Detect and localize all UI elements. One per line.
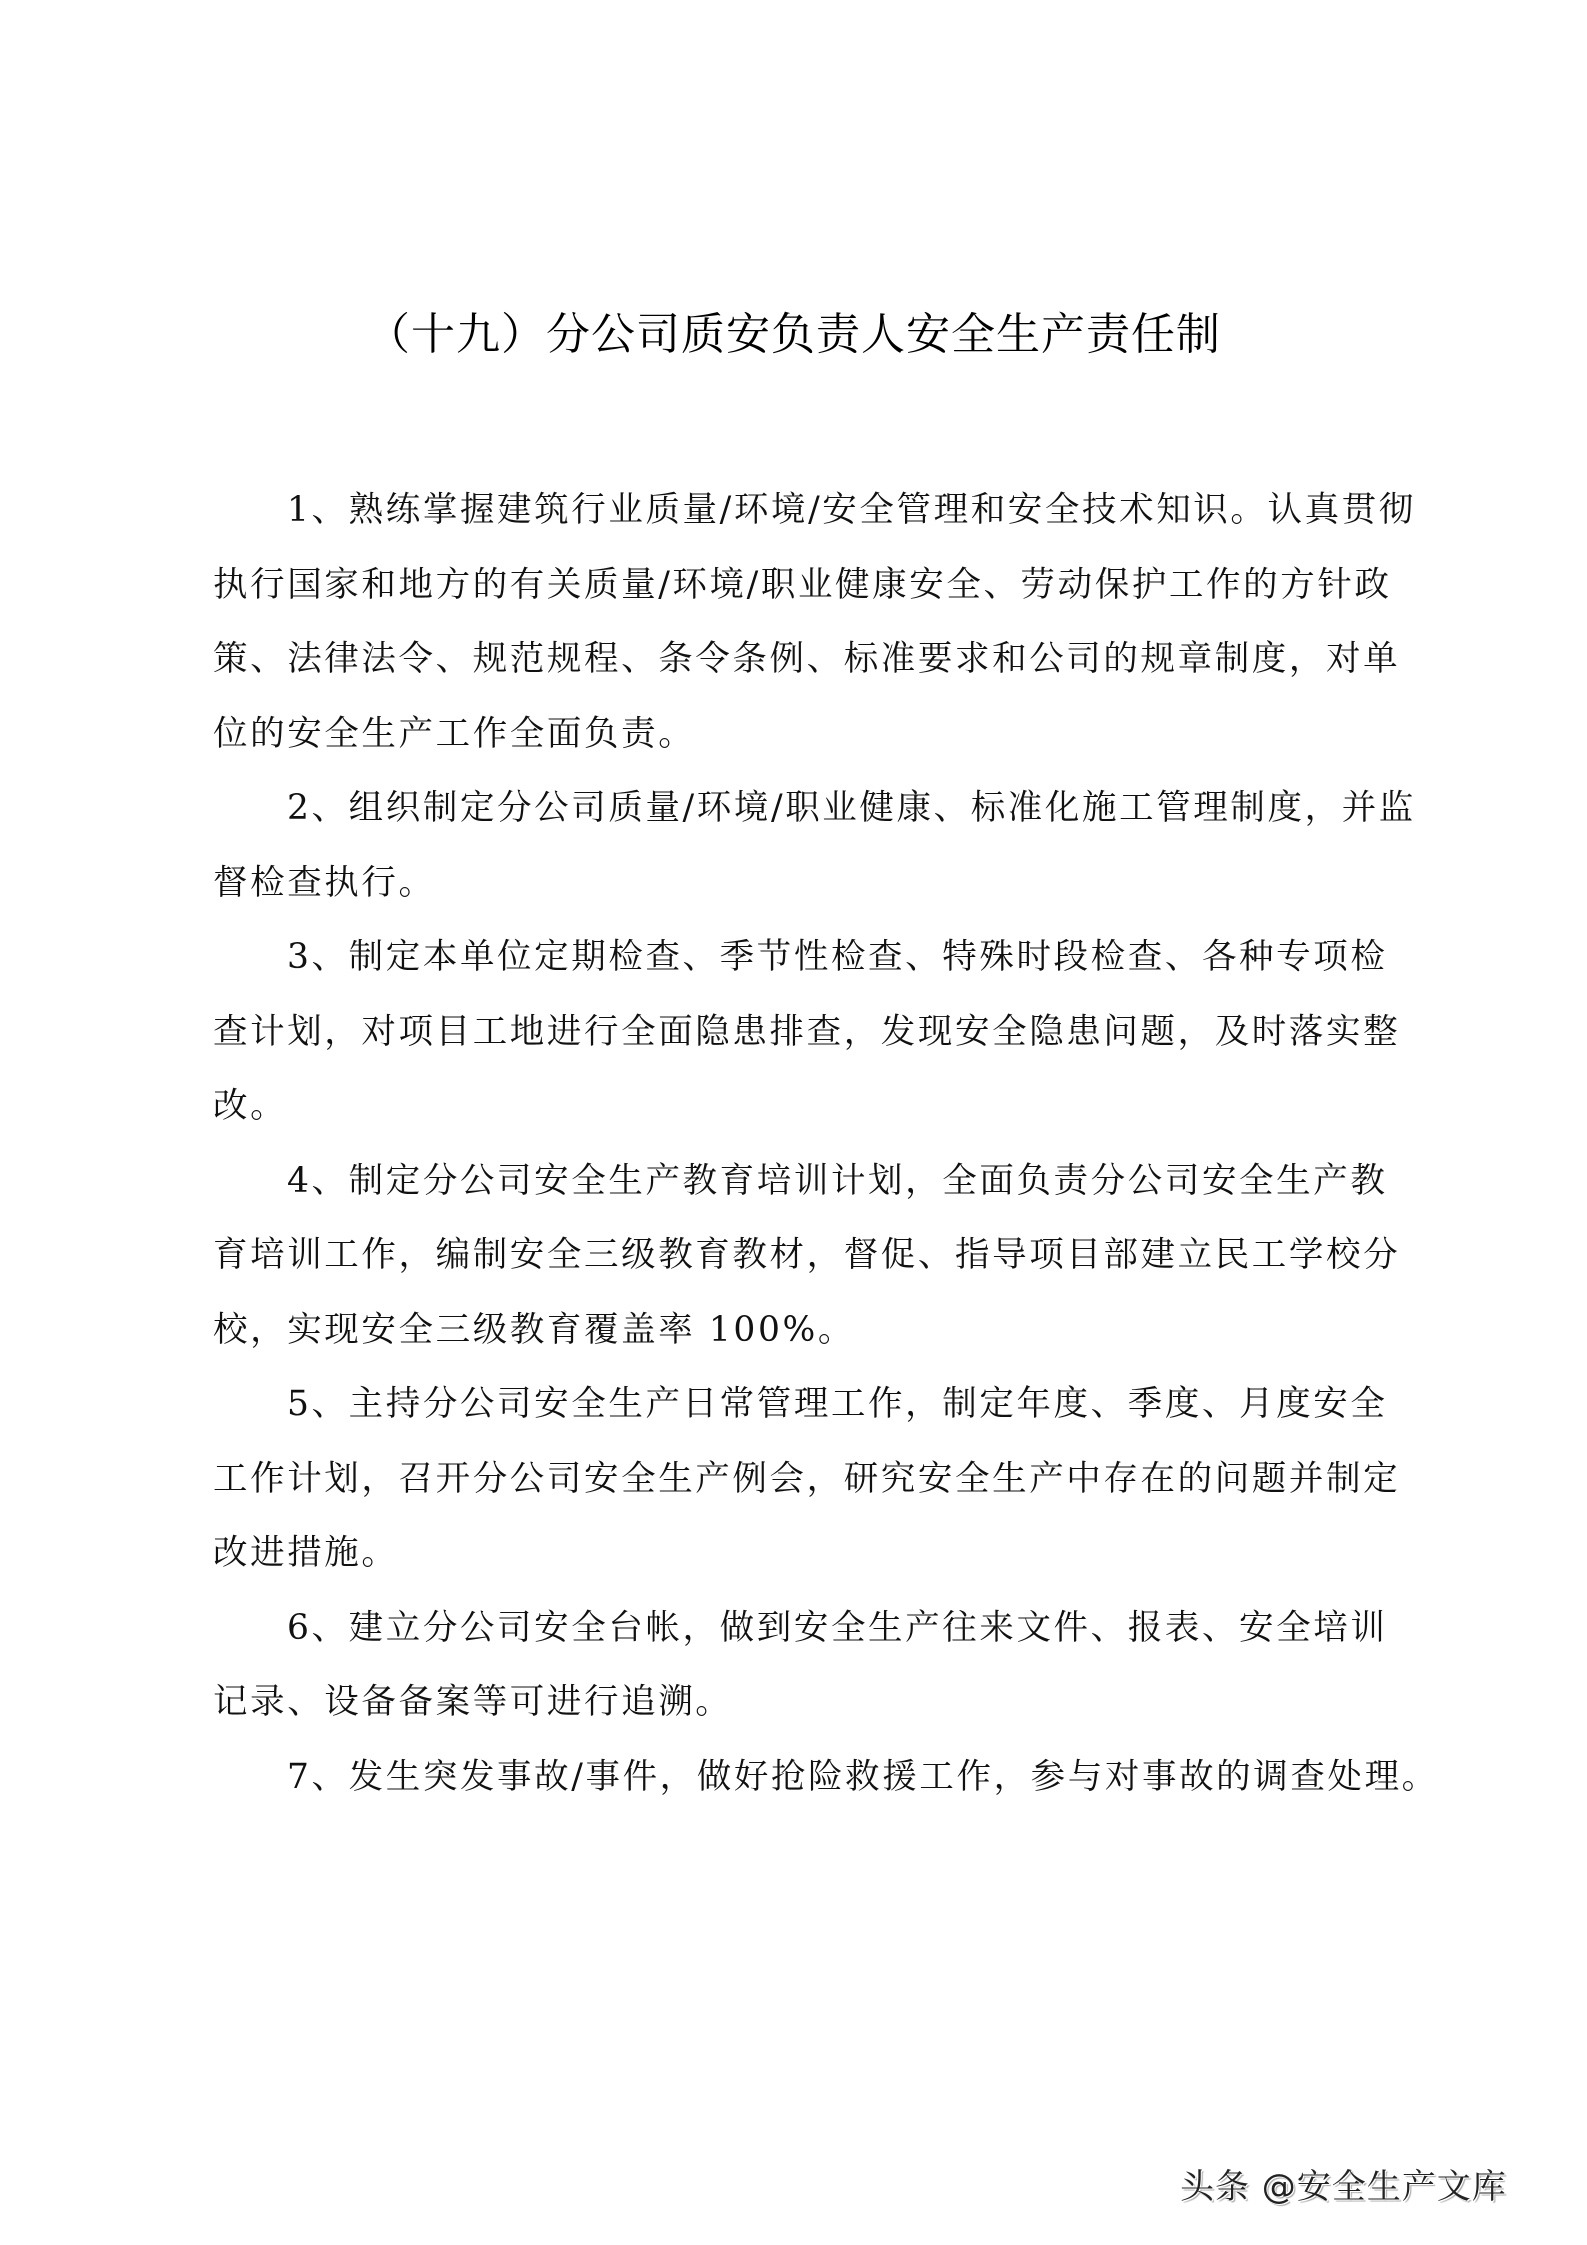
paragraph-7: 7、发生突发事故/事件，做好抢险救援工作，参与对事故的调查处理。: [213, 1749, 1413, 1824]
paragraph-line: 1、熟练掌握建筑行业质量/环境/安全管理和安全技术知识。认真贯彻: [213, 482, 1413, 557]
paragraph-1: 1、熟练掌握建筑行业质量/环境/安全管理和安全技术知识。认真贯彻 执行国家和地方…: [213, 482, 1413, 780]
document-title: （十九）分公司质安负责人安全生产责任制: [0, 305, 1587, 365]
document-page: （十九）分公司质安负责人安全生产责任制 1、熟练掌握建筑行业质量/环境/安全管理…: [0, 0, 1587, 2245]
paragraph-line: 督检查执行。: [213, 855, 1413, 930]
paragraph-line: 策、法律法令、规范规程、条令条例、标准要求和公司的规章制度，对单: [213, 631, 1413, 706]
paragraph-line: 3、制定本单位定期检查、季节性检查、特殊时段检查、各种专项检: [213, 929, 1413, 1004]
paragraph-line: 5、主持分公司安全生产日常管理工作，制定年度、季度、月度安全: [213, 1376, 1413, 1451]
paragraph-line: 执行国家和地方的有关质量/环境/职业健康安全、劳动保护工作的方针政: [213, 557, 1413, 632]
paragraph-line: 育培训工作，编制安全三级教育教材，督促、指导项目部建立民工学校分: [213, 1227, 1413, 1302]
paragraph-line: 改进措施。: [213, 1525, 1413, 1600]
paragraph-line: 校，实现安全三级教育覆盖率 100%。: [213, 1302, 1413, 1377]
paragraph-line: 7、发生突发事故/事件，做好抢险救援工作，参与对事故的调查处理。: [213, 1749, 1413, 1824]
paragraph-6: 6、建立分公司安全台帐，做到安全生产往来文件、报表、安全培训 记录、设备备案等可…: [213, 1600, 1413, 1749]
paragraph-4: 4、制定分公司安全生产教育培训计划，全面负责分公司安全生产教 育培训工作，编制安…: [213, 1153, 1413, 1377]
paragraph-line: 改。: [213, 1078, 1413, 1153]
document-body: 1、熟练掌握建筑行业质量/环境/安全管理和安全技术知识。认真贯彻 执行国家和地方…: [213, 482, 1413, 1823]
paragraph-line: 工作计划，召开分公司安全生产例会，研究安全生产中存在的问题并制定: [213, 1451, 1413, 1526]
paragraph-5: 5、主持分公司安全生产日常管理工作，制定年度、季度、月度安全 工作计划，召开分公…: [213, 1376, 1413, 1600]
paragraph-line: 记录、设备备案等可进行追溯。: [213, 1674, 1413, 1749]
paragraph-line: 6、建立分公司安全台帐，做到安全生产往来文件、报表、安全培训: [213, 1600, 1413, 1675]
paragraph-2: 2、组织制定分公司质量/环境/职业健康、标准化施工管理制度，并监 督检查执行。: [213, 780, 1413, 929]
paragraph-line: 查计划，对项目工地进行全面隐患排查，发现安全隐患问题，及时落实整: [213, 1004, 1413, 1079]
paragraph-3: 3、制定本单位定期检查、季节性检查、特殊时段检查、各种专项检 查计划，对项目工地…: [213, 929, 1413, 1153]
paragraph-line: 4、制定分公司安全生产教育培训计划，全面负责分公司安全生产教: [213, 1153, 1413, 1228]
paragraph-line: 位的安全生产工作全面负责。: [213, 706, 1413, 781]
source-watermark: 头条 @安全生产文库: [1180, 2165, 1507, 2209]
paragraph-line: 2、组织制定分公司质量/环境/职业健康、标准化施工管理制度，并监: [213, 780, 1413, 855]
